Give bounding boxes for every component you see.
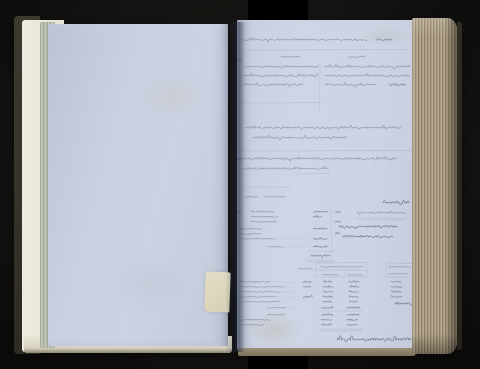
handwriting-layer	[237, 20, 416, 350]
fore-edge-page-block	[412, 18, 458, 354]
right-bottom-page-edge	[238, 348, 416, 356]
paper-stain	[138, 74, 208, 120]
ledger-book	[14, 14, 458, 358]
photo-stage	[0, 0, 480, 369]
paper-stain	[103, 254, 193, 314]
right-manuscript-page	[237, 20, 416, 350]
repair-patch	[204, 272, 230, 313]
left-blank-page	[48, 24, 228, 346]
right-cover-edge	[457, 22, 462, 350]
